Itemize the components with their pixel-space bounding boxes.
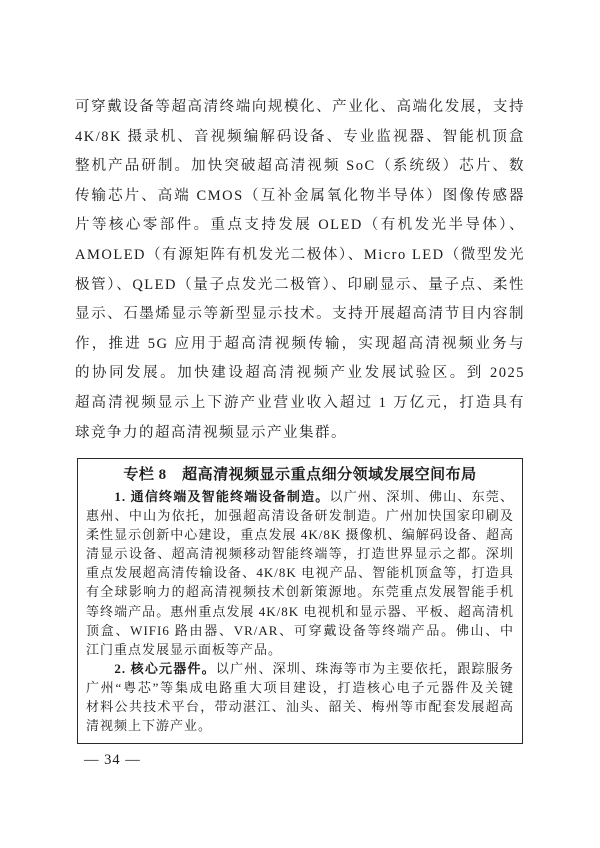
box-line: 重点发展超高清传输设备、4K/8K 电视产品、智能机顶盒等，打造具 (86, 563, 514, 582)
box-line-segment: 有全球影响力的超高清视频技术创新策源地。东莞重点发展智能手机 (86, 584, 514, 599)
body-line: 传输芯片、高端 CMOS（互补金属氧化物半导体）图像传感器芯 (75, 182, 525, 212)
box-line-segment: 以广州、深圳、珠海等市为主要依托，跟踪服务 (216, 661, 514, 676)
box-line-segment: 广州“粤芯”等集成电路重大项目建设，打造核心电子元器件及关键 (86, 680, 514, 695)
document-page: 可穿戴设备等超高清终端向规模化、产业化、高端化发展，支持4K/8K 摄录机、音视… (0, 0, 600, 848)
body-line: 整机产品研制。加快突破超高清视频 SoC（系统级）芯片、数据 (75, 152, 525, 182)
body-line: 极管）、QLED（量子点发光二极管）、印刷显示、量子点、柔性 (75, 271, 525, 301)
body-line: 4K/8K 摄录机、音视频编解码设备、专业监视器、智能机顶盒等 (75, 123, 525, 153)
box-line: 江门重点发展显示面板等产品。 (86, 640, 514, 659)
box-line: 2. 核心元器件。以广州、深圳、珠海等市为主要依托，跟踪服务 (86, 659, 514, 678)
body-line: 片等核心零部件。重点支持发展 OLED（有机发光半导体）、 (75, 211, 525, 241)
body-line: 球竞争力的超高清视频显示产业集群。 (75, 419, 525, 449)
box-line: 有全球影响力的超高清视频技术创新策源地。东莞重点发展智能手机 (86, 582, 514, 601)
page-number: — 34 — (84, 752, 141, 769)
column-box: 专栏 8 超高清视频显示重点细分领域发展空间布局 1. 通信终端及智能终端设备制… (77, 458, 523, 744)
box-line: 惠州、中山为依托，加强超高清设备研发制造。广州加快国家印刷及 (86, 506, 514, 525)
box-line-segment: 等终端产品。惠州重点发展 4K/8K 电视机和显示器、平板、超高清机 (86, 604, 514, 619)
box-line: 清视频上下游产业。 (86, 716, 514, 735)
box-line: 1. 通信终端及智能终端设备制造。以广州、深圳、佛山、东莞、 (86, 487, 514, 506)
box-line-segment: 重点发展超高清传输设备、4K/8K 电视产品、智能机顶盒等，打造具 (86, 565, 514, 580)
box-line-segment: 江门重点发展显示面板等产品。 (86, 642, 282, 657)
box-line-segment (86, 489, 114, 504)
box-line-segment: 清显示设备、超高清视频移动智能终端等，打造世界显示之都。深圳 (86, 546, 514, 561)
box-line-bold-segment: 2. 核心元器件。 (114, 661, 215, 676)
body-line: AMOLED（有源矩阵有机发光二极体）、Micro LED（微型发光二 (75, 241, 525, 271)
column-box-title: 专栏 8 超高清视频显示重点细分领域发展空间布局 (86, 464, 514, 487)
box-line-segment (86, 661, 114, 676)
column-box-content: 1. 通信终端及智能终端设备制造。以广州、深圳、佛山、东莞、惠州、中山为依托，加… (86, 487, 514, 735)
box-line: 清显示设备、超高清视频移动智能终端等，打造世界显示之都。深圳 (86, 544, 514, 563)
box-line-bold-segment: 1. 通信终端及智能终端设备制造。 (114, 489, 329, 504)
box-line: 等终端产品。惠州重点发展 4K/8K 电视机和显示器、平板、超高清机 (86, 602, 514, 621)
box-line-segment: 惠州、中山为依托，加强超高清设备研发制造。广州加快国家印刷及 (86, 508, 514, 523)
box-line-segment: 清视频上下游产业。 (86, 718, 212, 733)
box-line: 顶盒、WIFI6 路由器、VR/AR、可穿戴设备等终端产品。佛山、中山、 (86, 621, 514, 640)
body-line: 作，推进 5G 应用于超高清视频传输，实现超高清视频业务与 5G (75, 330, 525, 360)
body-paragraph: 可穿戴设备等超高清终端向规模化、产业化、高端化发展，支持4K/8K 摄录机、音视… (75, 93, 525, 448)
box-line-segment: 材料公共技术平台，带动湛江、汕头、韶关、梅州等市配套发展超高 (86, 699, 514, 714)
box-line-segment: 柔性显示创新中心建设，重点发展 4K/8K 摄像机、编解码设备、超高 (86, 527, 514, 542)
body-line: 超高清视频显示上下游产业营业收入超过 1 万亿元，打造具有全 (75, 389, 525, 419)
box-line-segment: 以广州、深圳、佛山、东莞、 (330, 489, 514, 504)
box-line-segment: 顶盒、WIFI6 路由器、VR/AR、可穿戴设备等终端产品。佛山、中山、 (86, 623, 514, 640)
box-line: 材料公共技术平台，带动湛江、汕头、韶关、梅州等市配套发展超高 (86, 697, 514, 716)
body-line: 显示、石墨烯显示等新型显示技术。支持开展超高清节目内容制 (75, 300, 525, 330)
body-line: 可穿戴设备等超高清终端向规模化、产业化、高端化发展，支持 (75, 93, 525, 123)
box-line: 广州“粤芯”等集成电路重大项目建设，打造核心电子元器件及关键 (86, 678, 514, 697)
body-line: 的协同发展。加快建设超高清视频产业发展试验区。到 2025 年， (75, 359, 525, 389)
box-line: 柔性显示创新中心建设，重点发展 4K/8K 摄像机、编解码设备、超高 (86, 525, 514, 544)
